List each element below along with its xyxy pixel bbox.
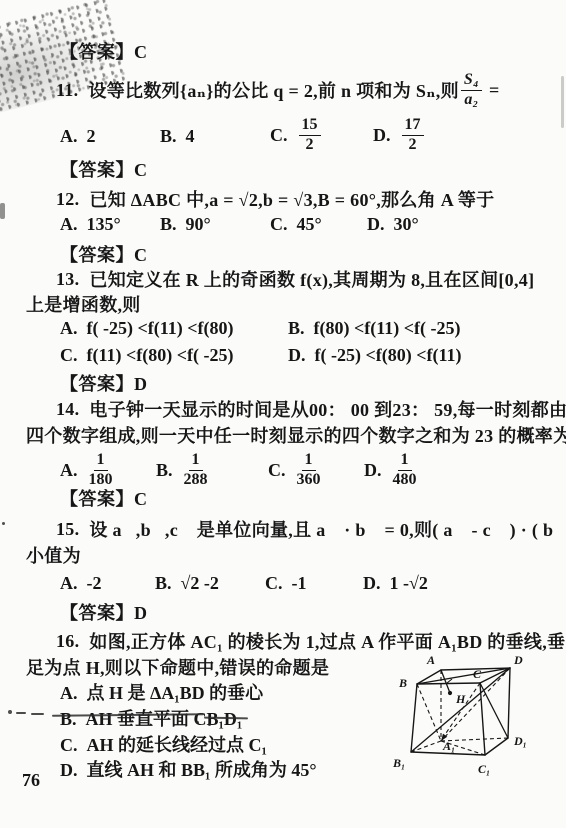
- q14-option-b-den: 288: [184, 471, 208, 489]
- label-b: B: [398, 676, 407, 690]
- q14-stem-line2: 四个数字组成,则一天中任一时刻显示的四个数字之和为 23 的概率为: [26, 422, 566, 448]
- q11-option-c-den: 2: [306, 136, 314, 154]
- q11-option-b-label: B.: [160, 126, 177, 146]
- q16-option-d-label: D.: [60, 760, 78, 780]
- q13-option-d: D.f( -25) <f(80) <f(11): [288, 345, 461, 366]
- label-d1: D₁: [513, 734, 527, 748]
- scan-speck: [2, 522, 5, 525]
- q15-stem-line1: 15. 设 a⃗,b⃗,c⃗ 是单位向量,且 a⃗ · b⃗ = 0,则( a⃗…: [56, 516, 566, 542]
- pencil-speck: [8, 710, 12, 714]
- q15-option-a-value: -2: [87, 573, 102, 593]
- q16-option-a-label: A.: [60, 683, 78, 703]
- q16-option-c: C.AH 的延长线经过点 C₁: [60, 731, 267, 757]
- label-b1: B₁: [392, 756, 405, 770]
- q11-fraction-numerator: S₄: [461, 72, 482, 91]
- q14-option-a-fraction: 1180: [89, 452, 113, 489]
- label-c: C: [473, 667, 482, 681]
- point-h-dot: [448, 691, 452, 695]
- q14-stem-text1: 电子钟一天显示的时间是从00： 00 到23： 59,每一时刻都由: [89, 396, 566, 422]
- q14-option-d-num: 1: [398, 452, 412, 471]
- q12-option-b-label: B.: [160, 214, 177, 234]
- answer-line-q13: 【答案】D: [60, 370, 148, 396]
- q14-option-b-num: 1: [189, 452, 203, 471]
- q14-option-c-den: 360: [297, 471, 321, 489]
- q12-option-d-label: D.: [367, 214, 385, 234]
- right-angle-tick: [447, 679, 452, 683]
- q11-option-d-num: 17: [402, 117, 424, 136]
- q11-option-b: B.4: [160, 126, 195, 147]
- q15-stem-line2: 小值为: [26, 542, 81, 568]
- q14-number: 14.: [56, 399, 79, 420]
- q13-option-d-value: f( -25) <f(80) <f(11): [315, 345, 462, 365]
- q13-option-a: A.f( -25) <f(11) <f(80): [60, 318, 233, 339]
- ink-speck-2: [208, 723, 211, 726]
- q13-stem-text1: 已知定义在 R 上的奇函数 f(x),其周期为 8,且在区间[0,4]: [89, 266, 534, 292]
- q16-option-a: A.点 H 是 ΔA₁BD 的垂心: [60, 679, 263, 705]
- q13-option-c: C.f(11) <f(80) <f( -25): [60, 345, 233, 366]
- q11-equals-sign: =: [489, 80, 500, 101]
- cube-diagonals-solid: [411, 668, 510, 752]
- q15-option-a: A.-2: [60, 573, 102, 594]
- q11-option-b-value: 4: [186, 126, 195, 146]
- q13-option-a-label: A.: [60, 318, 78, 338]
- label-d: D: [513, 653, 523, 667]
- q15-option-c: C.-1: [265, 573, 307, 594]
- q12-option-a: A.135°: [60, 214, 121, 235]
- q13-option-d-label: D.: [288, 345, 306, 365]
- q16-option-a-value: 点 H 是 ΔA₁BD 的垂心: [87, 683, 264, 703]
- page-number: 76: [22, 770, 40, 791]
- q14-stem-line1: 14. 电子钟一天显示的时间是从00： 00 到23： 59,每一时刻都由: [56, 396, 566, 422]
- q12-option-d-value: 30°: [394, 214, 419, 234]
- q12-option-c-value: 45°: [297, 214, 322, 234]
- label-a1: A₁: [442, 739, 455, 753]
- q13-option-b-value: f(80) <f(11) <f( -25): [314, 318, 461, 338]
- q16-option-c-value: AH 的延长线经过点 C₁: [87, 735, 267, 755]
- q13-option-b: B.f(80) <f(11) <f( -25): [288, 318, 460, 339]
- pencil-dash-2: [31, 713, 44, 715]
- q15-option-c-value: -1: [292, 573, 307, 593]
- q14-option-b: B. 1288: [156, 447, 210, 493]
- q11-stem: 11. 设等比数列{aₙ}的公比 q = 2,前 n 项和为 Sₙ,则 S₄ a…: [56, 68, 500, 112]
- q12-number: 12.: [56, 189, 79, 210]
- pencil-dash-1: [16, 712, 26, 714]
- q13-stem-line1: 13. 已知定义在 R 上的奇函数 f(x),其周期为 8,且在区间[0,4]: [56, 266, 534, 292]
- q11-stem-text: 设等比数列{aₙ}的公比 q = 2,前 n 项和为 Sₙ,则: [88, 77, 458, 103]
- q14-option-c-label: C.: [268, 460, 286, 481]
- q13-option-b-label: B.: [288, 318, 305, 338]
- q11-option-c-label: C.: [270, 125, 288, 146]
- q11-option-d: D. 172: [373, 113, 426, 157]
- q14-option-d-fraction: 1480: [393, 452, 417, 489]
- q16-stem-line2: 足为点 H,则以下命题中,错误的命题是: [26, 654, 329, 680]
- answer-line-q14: 【答案】C: [60, 485, 148, 511]
- q16-option-d-value: 直线 AH 和 BB₁ 所成角为 45°: [87, 760, 317, 780]
- label-c1: C₁: [478, 762, 490, 776]
- q15-option-a-label: A.: [60, 573, 78, 593]
- q12-option-a-label: A.: [60, 214, 78, 234]
- q12-option-c-label: C.: [270, 214, 288, 234]
- ink-speck-1: [196, 721, 199, 724]
- q13-option-a-value: f( -25) <f(11) <f(80): [87, 318, 234, 338]
- q13-stem-line2: 上是增函数,则: [26, 291, 141, 317]
- q16-option-b-value: AH 垂直平面 CB₁D₁: [86, 709, 243, 729]
- q14-option-b-label: B.: [156, 460, 173, 481]
- q11-option-c-fraction: 152: [299, 117, 321, 154]
- q12-option-d: D.30°: [367, 214, 419, 235]
- scan-edge-mark-right: [561, 76, 564, 128]
- q15-stem-text1: 设 a⃗,b⃗,c⃗ 是单位向量,且 a⃗ · b⃗ = 0,则( a⃗ - c…: [89, 516, 566, 542]
- q11-fraction-s4-a2: S₄ a₂: [461, 72, 482, 109]
- q12-option-b: B.90°: [160, 214, 211, 235]
- q11-option-d-label: D.: [373, 125, 391, 146]
- q14-option-c: C. 1360: [268, 447, 323, 493]
- q16-option-b-label: B.: [60, 709, 77, 729]
- q15-option-b-label: B.: [155, 573, 172, 593]
- q15-option-c-label: C.: [265, 573, 283, 593]
- answer-line-q12: 【答案】C: [60, 241, 148, 267]
- answer-line-q15: 【答案】D: [60, 599, 148, 625]
- q11-option-a: A.2: [60, 126, 96, 147]
- q16-option-c-label: C.: [60, 735, 78, 755]
- q15-option-d-value: 1 -√2: [390, 573, 428, 593]
- q15-option-b: B.√2 -2: [155, 573, 219, 594]
- q15-option-d-label: D.: [363, 573, 381, 593]
- q14-option-d-den: 480: [393, 471, 417, 489]
- q14-option-a-label: A.: [60, 460, 78, 481]
- q14-option-a-num: 1: [94, 452, 108, 471]
- q12-stem: 12. 已知 ΔABC 中,a = √2,b = √3,B = 60°,那么角 …: [56, 186, 494, 212]
- q15-option-d: D.1 -√2: [363, 573, 428, 594]
- scanned-exam-page: 【答案】C 11. 设等比数列{aₙ}的公比 q = 2,前 n 项和为 Sₙ,…: [0, 0, 566, 828]
- answer-line-q11: 【答案】C: [60, 156, 148, 182]
- q15-option-b-value: √2 -2: [181, 573, 219, 593]
- q11-option-c-num: 15: [299, 117, 321, 136]
- q14-option-b-fraction: 1288: [184, 452, 208, 489]
- q13-option-c-value: f(11) <f(80) <f( -25): [87, 345, 234, 365]
- q13-number: 13.: [56, 269, 79, 290]
- q13-option-c-label: C.: [60, 345, 78, 365]
- q14-option-d: D. 1480: [364, 447, 419, 493]
- q11-option-d-fraction: 172: [402, 117, 424, 154]
- q11-fraction-denominator: a₂: [464, 91, 478, 109]
- q16-option-d: D.直线 AH 和 BB₁ 所成角为 45°: [60, 756, 317, 782]
- label-a: A: [426, 653, 435, 667]
- label-h: H: [455, 692, 466, 706]
- q11-option-a-value: 2: [87, 126, 96, 146]
- q12-stem-text: 已知 ΔABC 中,a = √2,b = √3,B = 60°,那么角 A 等于: [89, 186, 494, 212]
- q12-option-a-value: 135°: [87, 214, 121, 234]
- q12-option-c: C.45°: [270, 214, 322, 235]
- q12-option-b-value: 90°: [186, 214, 211, 234]
- answer-line-q10: 【答案】C: [60, 38, 148, 64]
- q11-option-a-label: A.: [60, 126, 78, 146]
- q16-number: 16.: [56, 631, 79, 652]
- q15-number: 15.: [56, 519, 79, 540]
- scan-edge-mark: [0, 203, 5, 219]
- q14-option-c-num: 1: [302, 452, 316, 471]
- q14-option-d-label: D.: [364, 460, 382, 481]
- cube-figure: A B C D H A₁ B₁ C₁ D₁: [383, 646, 566, 794]
- q14-option-c-fraction: 1360: [297, 452, 321, 489]
- q11-option-d-den: 2: [409, 136, 417, 154]
- q11-option-c: C. 152: [270, 113, 323, 157]
- q11-number: 11.: [56, 80, 78, 101]
